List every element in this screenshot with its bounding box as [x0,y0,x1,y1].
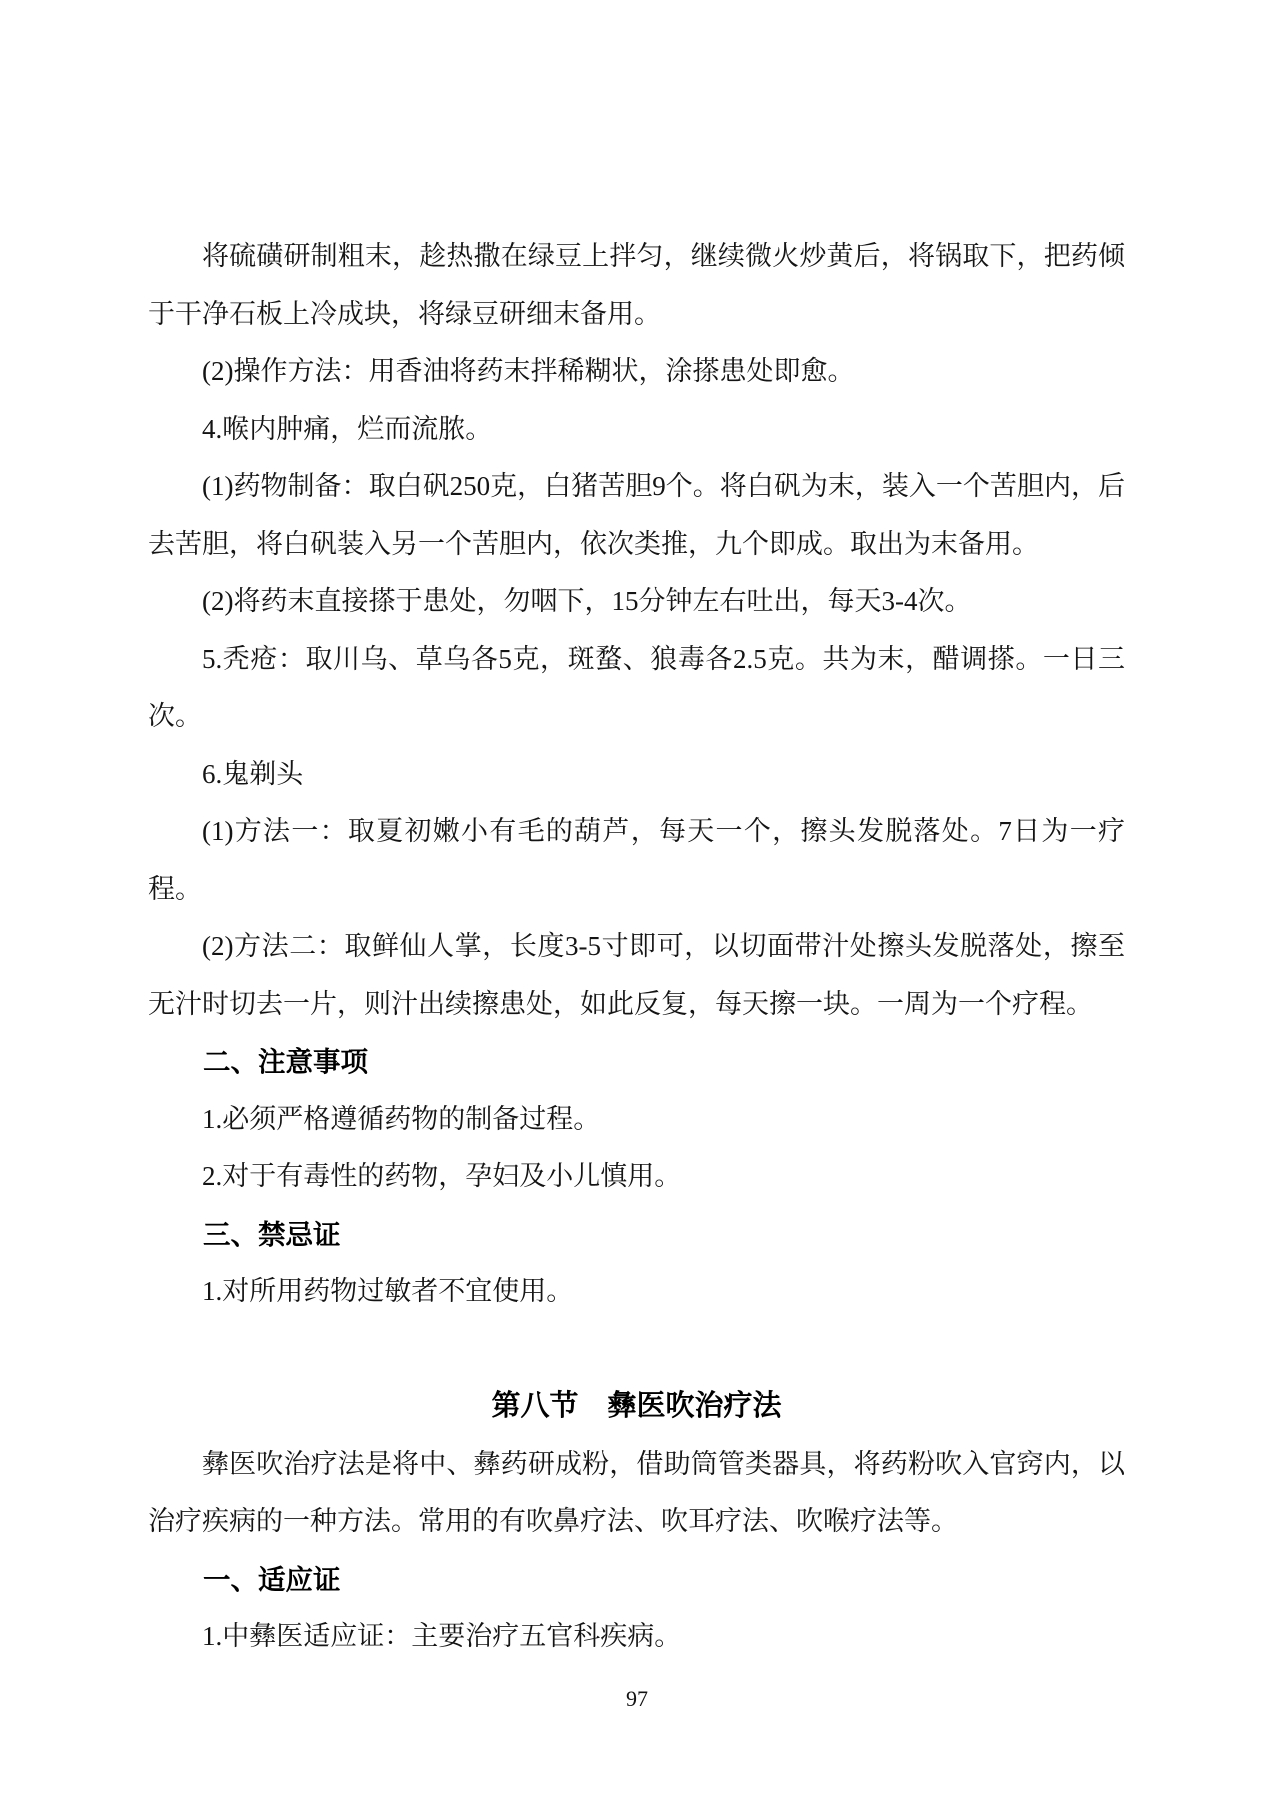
paragraph-method-two: (2)方法二：取鲜仙人掌，长度3-5寸即可，以切面带汁处擦头发脱落处，擦至无汁时… [148,918,1125,1033]
heading-indications: 一、适应证 [148,1551,1125,1609]
paragraph-precaution-2: 2.对于有毒性的药物，孕妇及小儿慎用。 [148,1148,1125,1206]
section-title-blow-therapy: 第八节 彝医吹治疗法 [148,1378,1125,1436]
page-body: 将硫磺研制粗末，趁热撒在绿豆上拌匀，继续微火炒黄后，将锅取下，把药倾于干净石板上… [148,228,1125,1666]
paragraph-method-one: (1)方法一：取夏初嫩小有毛的葫芦，每天一个，擦头发脱落处。7日为一疗程。 [148,803,1125,918]
paragraph-operation-method: (2)操作方法：用香油将药末拌稀糊状，涂搽患处即愈。 [148,343,1125,401]
paragraph-item-6-alopecia: 6.鬼剃头 [148,746,1125,804]
paragraph-indication-1: 1.中彝医适应证：主要治疗五官科疾病。 [148,1608,1125,1666]
paragraph-item-4-throat: 4.喉内肿痛，烂而流脓。 [148,401,1125,459]
paragraph-blow-therapy-intro: 彝医吹治疗法是将中、彝药研成粉，借助筒管类器具，将药粉吹入官窍内，以治疗疾病的一… [148,1436,1125,1551]
document-page: 将硫磺研制粗末，趁热撒在绿豆上拌匀，继续微火炒黄后，将锅取下，把药倾于干净石板上… [0,0,1274,1801]
paragraph-item-5-favus: 5.秃疮：取川乌、草乌各5克，斑蝥、狼毒各2.5克。共为末，醋调搽。一日三次。 [148,631,1125,746]
paragraph-application-method: (2)将药末直接搽于患处，勿咽下，15分钟左右吐出，每天3-4次。 [148,573,1125,631]
paragraph-precaution-1: 1.必须严格遵循药物的制备过程。 [148,1091,1125,1149]
heading-contraindications: 三、禁忌证 [148,1206,1125,1264]
heading-precautions: 二、注意事项 [148,1033,1125,1091]
paragraph-sulfur-preparation: 将硫磺研制粗末，趁热撒在绿豆上拌匀，继续微火炒黄后，将锅取下，把药倾于干净石板上… [148,228,1125,343]
paragraph-drug-preparation: (1)药物制备：取白矾250克，白猪苦胆9个。将白矾为末，装入一个苦胆内，后去苦… [148,458,1125,573]
page-number: 97 [0,1684,1274,1714]
paragraph-contraindication-1: 1.对所用药物过敏者不宜使用。 [148,1263,1125,1321]
